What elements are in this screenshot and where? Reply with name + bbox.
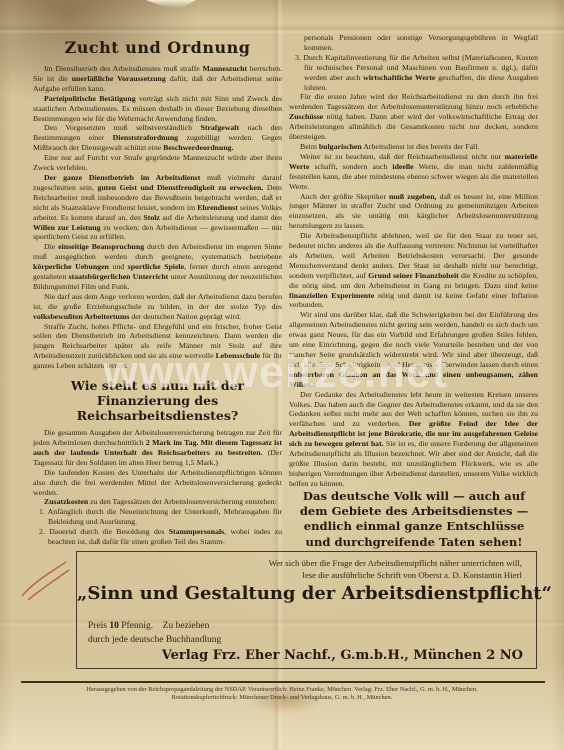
paragraph: Im Dienstbetrieb des Arbeitsdienstes muß… [33, 64, 282, 94]
right-column: personals Pensionen oder sonstige Versor… [289, 33, 538, 487]
paragraph: Beim bulgarischen Arbeitsdienst ist dies… [289, 142, 538, 152]
paragraph: Straffe Zucht, hohes Pflicht- und Ehrgef… [33, 322, 282, 372]
ad-box-intro-line1: Wer sich über die Frage der Arbeitsdiens… [77, 557, 522, 569]
zucht-paragraphs: Im Dienstbetrieb des Arbeitsdienstes muß… [33, 64, 282, 371]
paragraph: 1. Anfänglich durch die Neueinrichtung d… [33, 507, 282, 527]
paragraph: Der Gedanke des Arbeitsdienstes lebt heu… [289, 390, 538, 487]
paragraph: Eine nur auf Furcht vor Strafe gegründet… [33, 153, 282, 173]
right-paragraphs: Für die ersten Jahre wird der Reichsarbe… [289, 92, 538, 487]
paragraph: 3. Durch Kapitalinvestierung für die Arb… [289, 53, 538, 93]
pencil-mark [14, 552, 84, 612]
footer-line1: Herausgegeben von der Reichspropagandale… [20, 686, 544, 694]
paragraph: Den Vorgesetzten muß selbstverständlich … [33, 123, 282, 153]
ad-box-intro-line2: lese die ausführliche Schrift von Oberst… [77, 569, 522, 581]
ad-price-line1: Preis 10 Pfennig. Zu beziehen [88, 620, 221, 634]
paragraph: Zusatzkosten zu den Tagessätzen der Arbe… [33, 497, 282, 507]
ad-publisher: Verlag Frz. Eher Nachf., G.m.b.H., Münch… [162, 648, 523, 663]
ad-price-line2: durch jede deutsche Buchhandlung [88, 634, 221, 648]
heading-finanzierung: Wie steht es nun mit der Finanzierung de… [39, 378, 276, 423]
paragraph: Weiter ist zu beachten, daß der Reichsar… [289, 152, 538, 192]
paragraph: Die gesamten Ausgaben der Arbeitslosenve… [33, 428, 282, 468]
ad-box: Wer sich über die Frage der Arbeitsdiens… [76, 551, 537, 669]
heading-zucht-und-ordnung: Zucht und Ordnung [33, 38, 282, 57]
closing-statement: Das deutsche Volk will — auch auf dem Ge… [296, 489, 532, 550]
paragraph: Auch der größte Skeptiker muß zugeben, d… [289, 192, 538, 232]
paragraph: Die Arbeitsdienstpflicht ablehnen, weil … [289, 231, 538, 310]
footer-imprint: Herausgegeben von der Reichspropagandale… [20, 686, 544, 703]
finance-paragraphs: Die gesamten Ausgaben der Arbeitslosenve… [33, 428, 282, 507]
ad-box-intro: Wer sich über die Frage der Arbeitsdiens… [77, 557, 522, 581]
cost-list-continuation: personals Pensionen oder sonstige Versor… [289, 33, 538, 53]
document-page: { "colors": { "paper": "#d6c59a", "ink":… [0, 0, 564, 750]
left-column: Zucht und Ordnung Im Dienstbetrieb des A… [33, 38, 282, 554]
paragraph: Für die ersten Jahre wird der Reichsarbe… [289, 92, 538, 142]
cost-list: 1. Anfänglich durch die Neueinrichtung d… [33, 507, 282, 547]
cost-list-right: 3. Durch Kapitalinvestierung für die Arb… [289, 53, 538, 93]
paragraph: Wir sind uns darüber klar, daß die Schwi… [289, 310, 538, 389]
paragraph: Die laufenden Kosten des Unterhalts der … [33, 468, 282, 498]
paper-tear [146, 0, 196, 8]
ad-box-title: „Sinn und Gestaltung der Arbeitsdienstpf… [77, 583, 536, 604]
paragraph: Parteipolitische Betätigung verträgt sic… [33, 94, 282, 124]
paragraph: Der ganze Dienstbetrieb im Arbeitsdienst… [33, 173, 282, 242]
paragraph: Die einseitige Beanspruchung durch den A… [33, 242, 282, 292]
ad-price-block: Preis 10 Pfennig. Zu beziehen durch jede… [88, 620, 221, 647]
footer-rule [21, 681, 545, 683]
paragraph: 2. Dauernd durch die Besoldung des Stamm… [33, 527, 282, 547]
footer-line2: Rotationskupfertiefdruck: Münchener Druc… [20, 694, 544, 702]
paragraph: Nie darf aus dem Auge verloren werden, d… [33, 292, 282, 322]
